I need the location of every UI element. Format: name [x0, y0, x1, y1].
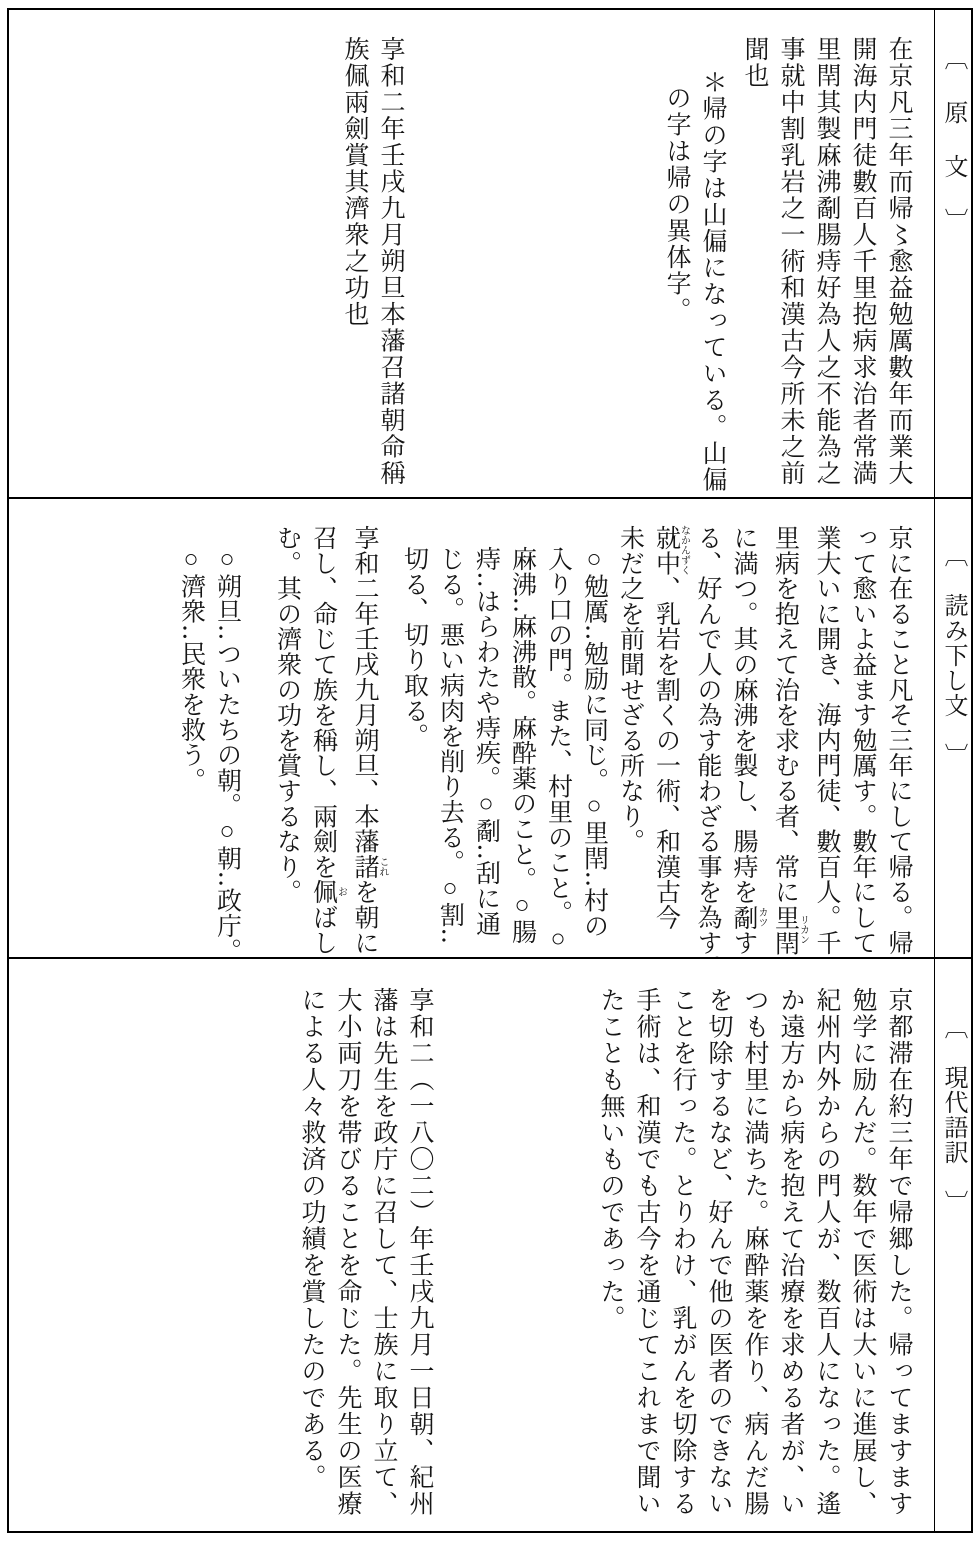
- furigana: リカン: [798, 905, 809, 956]
- section-modern-translation: 〔 現代語訳 〕 京都滞在約三年で帰郷した。帰ってますます勉学に励んだ。数年で医…: [9, 959, 971, 1531]
- text-column: ○勉厲‥勉励に同じ。○里閈‥村の: [576, 546, 612, 953]
- text-column: 事就中割乳岩之一術和漢古今所未之前: [772, 36, 808, 493]
- section-header-label: 〔 読み下し文 〕: [935, 543, 971, 957]
- text-column: 開海内門徒數百人千里抱病求治者常満: [844, 36, 880, 493]
- text-column: に満つ。其の麻沸を製し、腸痔を劀カツす: [725, 525, 767, 953]
- ruby-annotated-text: 就中なかんずく: [653, 525, 680, 576]
- column-group-main: 在京凡三年而帰〻愈益勉厲數年而業大開海内門徒數百人千里抱病求治者常満里閈其製麻沸…: [736, 36, 916, 493]
- section-header-cell: 〔 読み下し文 〕: [934, 499, 971, 957]
- text-column: 在京凡三年而帰〻愈益勉厲數年而業大: [880, 36, 916, 493]
- section-header-label: 〔 原 文 〕: [935, 46, 971, 497]
- text-column: 業大いに開き、海内門徒、數百人。千: [808, 525, 844, 953]
- ruby-annotated-text: 佩お: [310, 879, 337, 904]
- column-group-main: 京都滞在約三年で帰郷した。帰ってますます勉学に励んだ。数年で医術は大いに進展し、…: [592, 987, 916, 1527]
- text-column: 未だ之を前聞せざる所なり。: [612, 525, 648, 953]
- column-group-date: 享和二（一八〇二）年壬戌九月一日朝、紀州藩は先生を政庁に召して、士族に取り立て、…: [293, 987, 437, 1527]
- vertical-text-area: 京都滞在約三年で帰郷した。帰ってますます勉学に励んだ。数年で医術は大いに進展し、…: [9, 959, 934, 1531]
- furigana: なかんずく: [679, 525, 690, 576]
- text-column: 麻沸‥麻沸散。麻酔薬のこと。○腸: [504, 546, 540, 953]
- vertical-text-area: 京に在ること凡そ三年にして帰る。帰って愈いよ益ます勉厲す。數年にして業大いに開き…: [9, 499, 934, 957]
- text-column: ○濟衆‥民衆を救う。: [173, 546, 209, 953]
- text-column: 切る、切り取る。: [396, 546, 432, 953]
- text-column: 享和二年壬戌九月朔旦、本藩諸これを朝に: [346, 525, 388, 953]
- text-column: つも村里に満ちた。麻酔薬を作り、病んだ腸: [736, 987, 772, 1527]
- section-header-label: 〔 現代語訳 〕: [935, 1015, 971, 1531]
- furigana: カツ: [756, 905, 767, 930]
- text-column: による人々救済の功績を賞したのである。: [293, 987, 329, 1527]
- ruby-annotated-text: 諸これ: [351, 854, 378, 879]
- text-column: ことを行った。とりわけ、乳がんを切除する: [664, 987, 700, 1527]
- text-column: 痔‥はらわたや痔疾。○劀‥刮に通: [468, 546, 504, 953]
- ruby-annotated-text: 里閈リカン: [772, 905, 799, 956]
- text-column: 聞也: [736, 36, 772, 493]
- section-reading-text: 〔 読み下し文 〕 京に在ること凡そ三年にして帰る。帰って愈いよ益ます勉厲す。數…: [9, 499, 971, 959]
- text-column: 京都滞在約三年で帰郷した。帰ってますます: [880, 987, 916, 1527]
- text-column: 享和二（一八〇二）年壬戌九月一日朝、紀州: [401, 987, 437, 1527]
- text-column: る、好んで人の為す能わざる事を為す。: [689, 525, 725, 953]
- column-group-note: ○勉厲‥勉励に同じ。○里閈‥村の入り口の門。また、村里のこと。○麻沸‥麻沸散。麻…: [396, 525, 612, 953]
- text-column: を切除するなど、好んで他の医者のできない: [700, 987, 736, 1527]
- column-group-date: 享和二年壬戌九月朔旦、本藩諸これを朝に召し、命じて族を稱し、兩劍を佩おばしむ。其…: [269, 525, 388, 953]
- text-column: 勉学に励んだ。数年で医術は大いに進展し、: [844, 987, 880, 1527]
- text-column: の字は帰の異体字。: [658, 85, 694, 493]
- ruby-annotated-text: 劀カツ: [730, 905, 757, 930]
- text-column: じる。悪い病肉を削り去る。○割‥: [432, 546, 468, 953]
- section-header-cell: 〔 原 文 〕: [934, 10, 971, 497]
- text-column: 大小両刀を帯びることを命じた。先生の医療: [329, 987, 365, 1527]
- column-group-date: 享和二年壬戌九月朔旦本藩召諸朝命稱族佩兩劍賞其濟衆之功也: [336, 36, 408, 493]
- column-group-note: ＊帰の字は山偏になっている。山偏の字は帰の異体字。: [658, 36, 730, 493]
- text-column: 藩は先生を政庁に召して、士族に取り立て、: [365, 987, 401, 1527]
- text-column: 族佩兩劍賞其濟衆之功也: [336, 36, 372, 493]
- text-column: たことも無いものであった。: [592, 987, 628, 1527]
- text-column: 享和二年壬戌九月朔旦本藩召諸朝命稱: [372, 36, 408, 493]
- text-column: 入り口の門。また、村里のこと。○: [540, 546, 576, 953]
- text-column: か遠方から病を抱えて治療を求める者が、い: [772, 987, 808, 1527]
- text-column: 里閈其製麻沸劀腸痔好為人之不能為之: [808, 36, 844, 493]
- text-column: 里病を抱えて治を求むる者、常に里閈リカン: [767, 525, 809, 953]
- column-group-note2: ○朔旦‥ついたちの朝。○朝‥政庁。○濟衆‥民衆を救う。: [173, 525, 245, 953]
- text-column: 京に在ること凡そ三年にして帰る。帰: [880, 525, 916, 953]
- section-header-cell: 〔 現代語訳 〕: [934, 959, 971, 1531]
- text-column: ＊帰の字は山偏になっている。山偏: [694, 69, 730, 493]
- vertical-text-area: 在京凡三年而帰〻愈益勉厲數年而業大開海内門徒數百人千里抱病求治者常満里閈其製麻沸…: [9, 10, 934, 497]
- text-column: 召し、命じて族を稱し、兩劍を佩おばし: [305, 525, 347, 953]
- column-group-main: 京に在ること凡そ三年にして帰る。帰って愈いよ益ます勉厲す。數年にして業大いに開き…: [612, 525, 917, 953]
- document-page: 〔 原 文 〕 在京凡三年而帰〻愈益勉厲數年而業大開海内門徒數百人千里抱病求治者…: [0, 0, 979, 1541]
- document-frame: 〔 原 文 〕 在京凡三年而帰〻愈益勉厲數年而業大開海内門徒數百人千里抱病求治者…: [7, 8, 973, 1533]
- furigana: これ: [377, 854, 388, 879]
- text-column: 手術は、和漢でも古今を通じてこれまで聞い: [628, 987, 664, 1527]
- text-column: って愈いよ益ます勉厲す。數年にして: [844, 525, 880, 953]
- furigana: お: [336, 879, 347, 904]
- text-column: 紀州内外からの門人が、数百人になった。遙: [808, 987, 844, 1527]
- section-original-text: 〔 原 文 〕 在京凡三年而帰〻愈益勉厲數年而業大開海内門徒數百人千里抱病求治者…: [9, 10, 971, 499]
- text-column: ○朔旦‥ついたちの朝。○朝‥政庁。: [209, 546, 245, 953]
- text-column: 就中なかんずく、乳岩を割くの一術、和漢古今: [648, 525, 690, 953]
- text-column: む。其の濟衆の功を賞するなり。: [269, 525, 305, 953]
